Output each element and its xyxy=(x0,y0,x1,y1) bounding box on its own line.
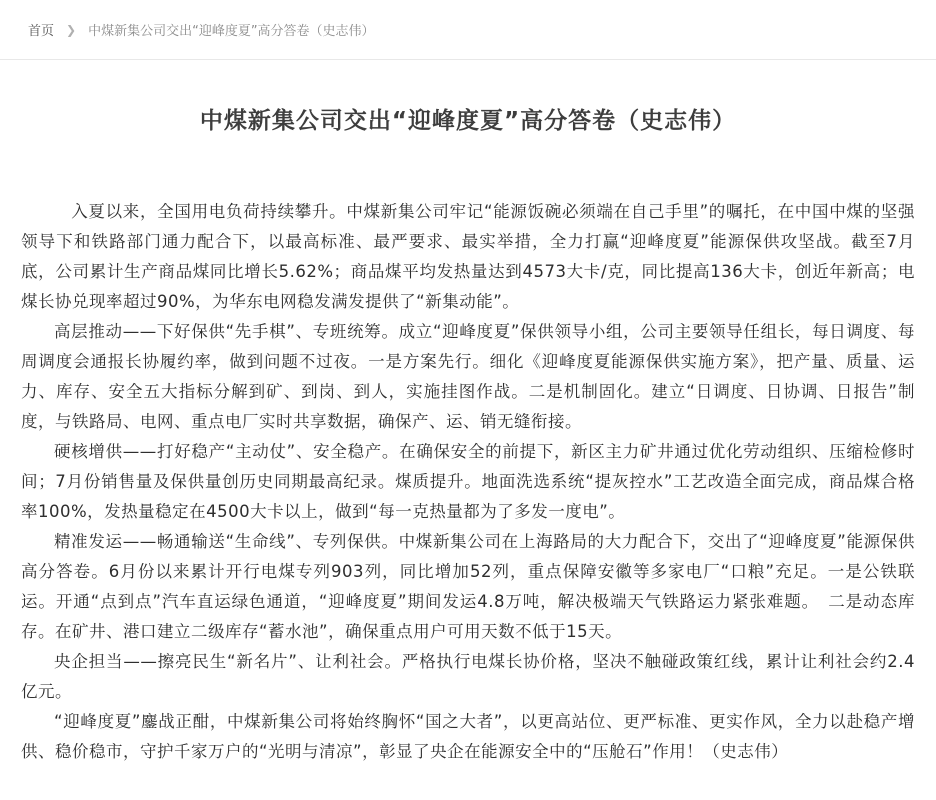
paragraph-closing: “迎峰度夏”鏖战正酣，中煤新集公司将始终胸怀“国之大者”，以更高站位、更严标准、… xyxy=(21,707,915,767)
breadcrumb: 首页 ❯ 中煤新集公司交出“迎峰度夏”高分答卷（史志伟） xyxy=(0,0,936,60)
article-page: 首页 ❯ 中煤新集公司交出“迎峰度夏”高分答卷（史志伟） 中煤新集公司交出“迎峰… xyxy=(0,0,936,800)
breadcrumb-current-page: 中煤新集公司交出“迎峰度夏”高分答卷（史志伟） xyxy=(88,20,374,39)
article-body: 入夏以来，全国用电负荷持续攀升。中煤新集公司牢记“能源饭碗必须端在自己手里”的嘱… xyxy=(21,197,915,767)
chevron-right-icon: ❯ xyxy=(66,23,76,37)
paragraph-intro: 入夏以来，全国用电负荷持续攀升。中煤新集公司牢记“能源饭碗必须端在自己手里”的嘱… xyxy=(21,197,915,317)
paragraph-shipping: 精准发运——畅通输送“生命线”、专列保供。中煤新集公司在上海路局的大力配合下，交… xyxy=(21,527,915,647)
paragraph-production: 硬核增供——打好稳产“主动仗”、安全稳产。在确保安全的前提下，新区主力矿井通过优… xyxy=(21,437,915,527)
page-title: 中煤新集公司交出“迎峰度夏”高分答卷（史志伟） xyxy=(21,102,915,135)
paragraph-leadership: 高层推动——下好保供“先手棋”、专班统筹。成立“迎峰度夏”保供领导小组，公司主要… xyxy=(21,317,915,437)
article-content: 中煤新集公司交出“迎峰度夏”高分答卷（史志伟） 入夏以来，全国用电负荷持续攀升。… xyxy=(0,60,936,767)
paragraph-pricing: 央企担当——擦亮民生“新名片”、让利社会。严格执行电煤长协价格，坚决不触碰政策红… xyxy=(21,647,915,707)
breadcrumb-home-link[interactable]: 首页 xyxy=(28,20,54,39)
